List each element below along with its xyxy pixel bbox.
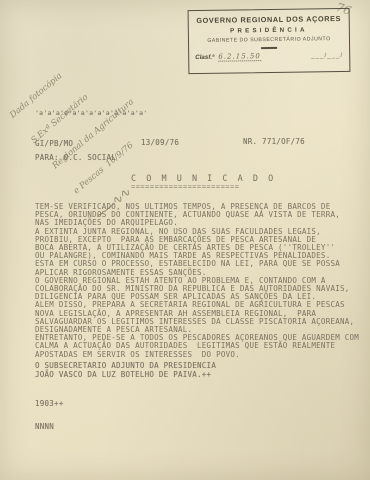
- stamp-classification-row: Clasf.ª 6.2.15.50 ___/___/: [195, 51, 343, 62]
- stamp-org-name: GOVERNO REGIONAL DOS AÇORES: [189, 14, 349, 25]
- stamp-date-placeholder: ___/___/: [311, 52, 343, 59]
- telex-code: 1903++: [35, 400, 64, 408]
- addressee-line: PARA: O.C. SOCIAL: [35, 154, 116, 162]
- body-line: APOSTADAS EM SERVIR OS INTERESSES DO POV…: [35, 351, 359, 359]
- comunicado-title-underline: =======================: [131, 183, 239, 191]
- communique-body: TEM-SE VERIFICADO, NOS ULTIMOS TEMPOS, A…: [35, 203, 359, 359]
- stamp-presidency-label: PRESIDÊNCIA: [189, 26, 349, 35]
- telex-end-marker: NNNN: [35, 423, 54, 431]
- stamp-divider: [261, 47, 277, 49]
- classification-label: Clasf.ª: [195, 54, 214, 61]
- document-number: NR. 771/OF/76: [243, 138, 305, 146]
- signature-name: JOÃO VASCO DA LUZ BOTELHO DE PAIVA.++: [35, 371, 211, 379]
- scanned-telex-document: Dada fotocópia S.Exª Secretário Regional…: [0, 0, 370, 480]
- reference-code: GI/PB/MO: [35, 140, 73, 148]
- classification-handwritten-value: 6.2.15.50: [218, 52, 261, 62]
- signature-title: O SUBSECRETARIO ADJUNTO DA PRESIDENCIA: [35, 362, 216, 370]
- document-date: 13/09/76: [141, 139, 179, 147]
- routing-stamp: GOVERNO REGIONAL DOS AÇORES PRESIDÊNCIA …: [188, 8, 351, 74]
- telex-marker-line: 'a'a'a'a'a'a'a'a'a'a'a'a'a': [35, 109, 147, 117]
- stamp-office-label: GABINETE DO SUBSECRETÁRIO ADJUNTO: [189, 36, 349, 44]
